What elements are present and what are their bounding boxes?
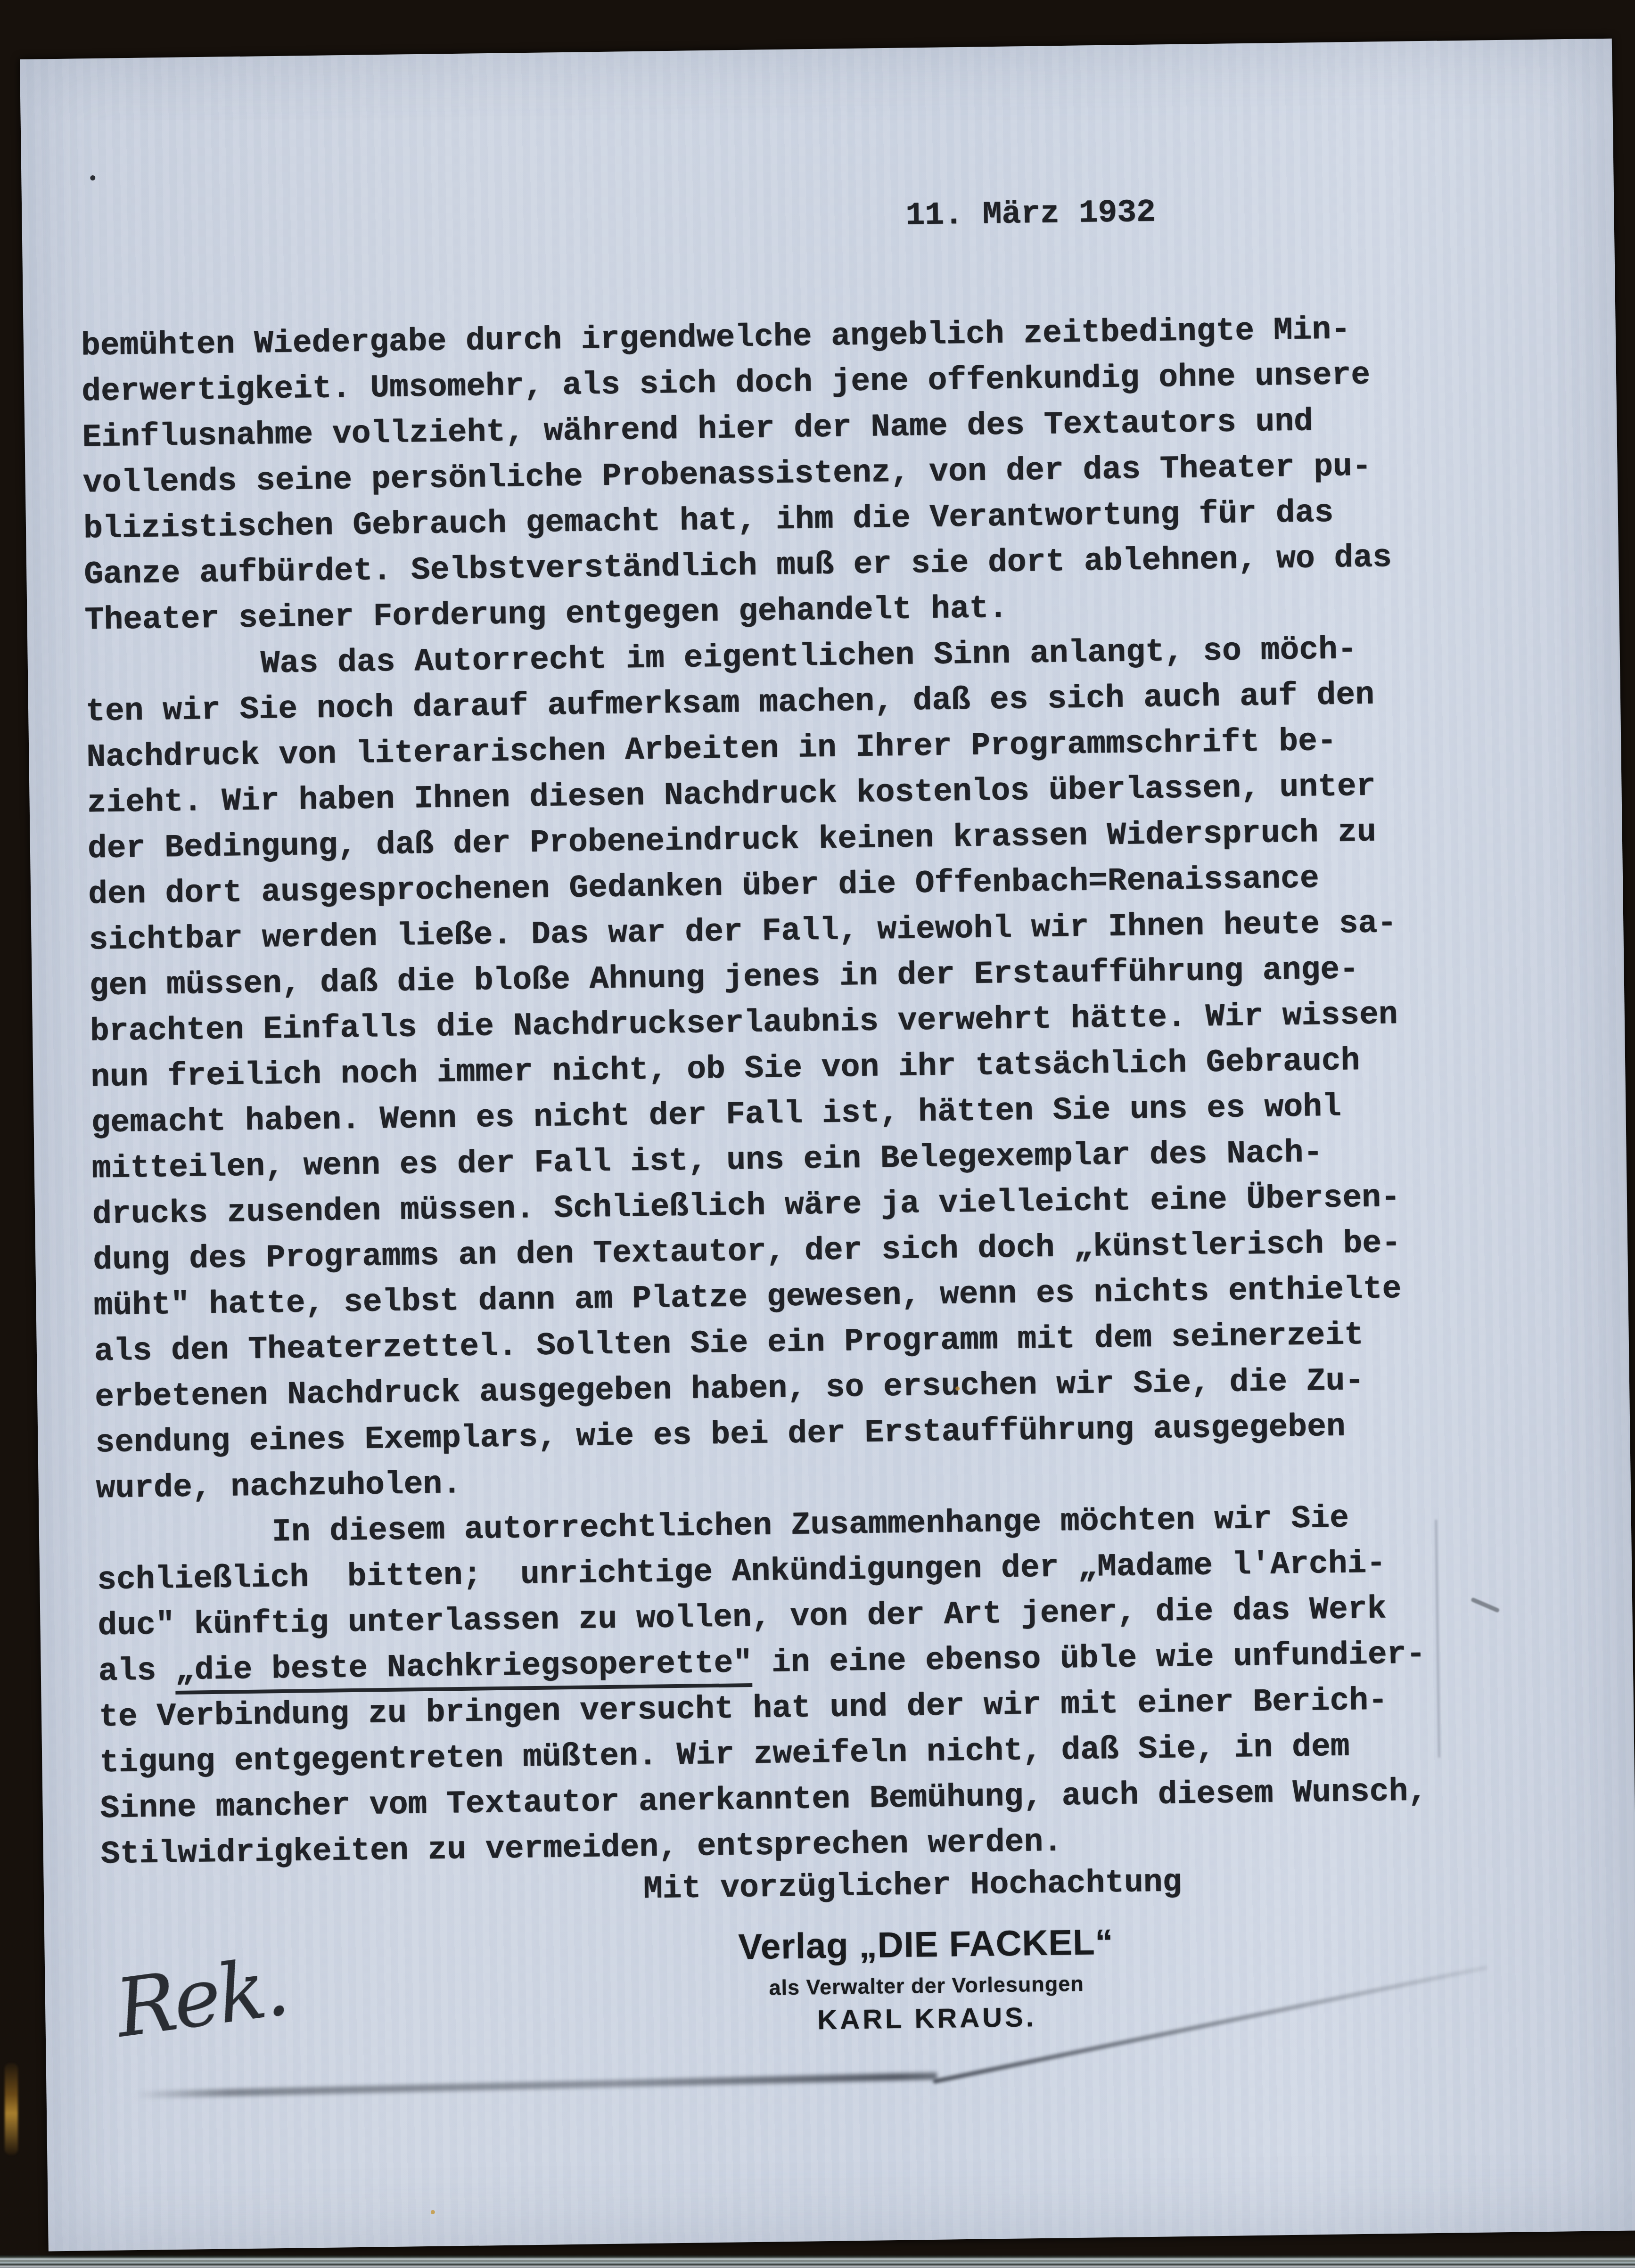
text-segment: in eine ebenso üble wie unfundier- bbox=[752, 1636, 1426, 1681]
stamp-line-karl-kraus: KARL KRAUS. bbox=[705, 2000, 1149, 2037]
frame-streak bbox=[5, 2063, 18, 2155]
handwritten-note: Rek. bbox=[110, 1940, 292, 2056]
ink-speck bbox=[90, 175, 95, 180]
text-segment: als bbox=[98, 1653, 175, 1690]
closing-salutation: Mit vorzüglicher Hochachtung bbox=[643, 1864, 1182, 1908]
stamp-line-verlag: Verlag „DIE FACKEL“ bbox=[704, 1921, 1148, 1968]
scan-background: 11. März 1932 bemühten Wiedergabe durch … bbox=[0, 0, 1635, 2268]
letter-page: 11. März 1932 bemühten Wiedergabe durch … bbox=[20, 39, 1635, 2252]
ink-speck bbox=[431, 2210, 435, 2214]
letter-body: bemühten Wiedergabe durch irgendwelche a… bbox=[81, 305, 1496, 1877]
stamp-line-verwalter: als Verwalter der Vorlesungen bbox=[705, 1971, 1148, 2001]
ink-speck bbox=[955, 1386, 960, 1391]
letter-date: 11. März 1932 bbox=[905, 194, 1156, 234]
publisher-stamp: Verlag „DIE FACKEL“ als Verwalter der Vo… bbox=[704, 1921, 1149, 2037]
scanner-edge-stripes bbox=[0, 2255, 1635, 2268]
paper-crease bbox=[133, 2072, 937, 2098]
